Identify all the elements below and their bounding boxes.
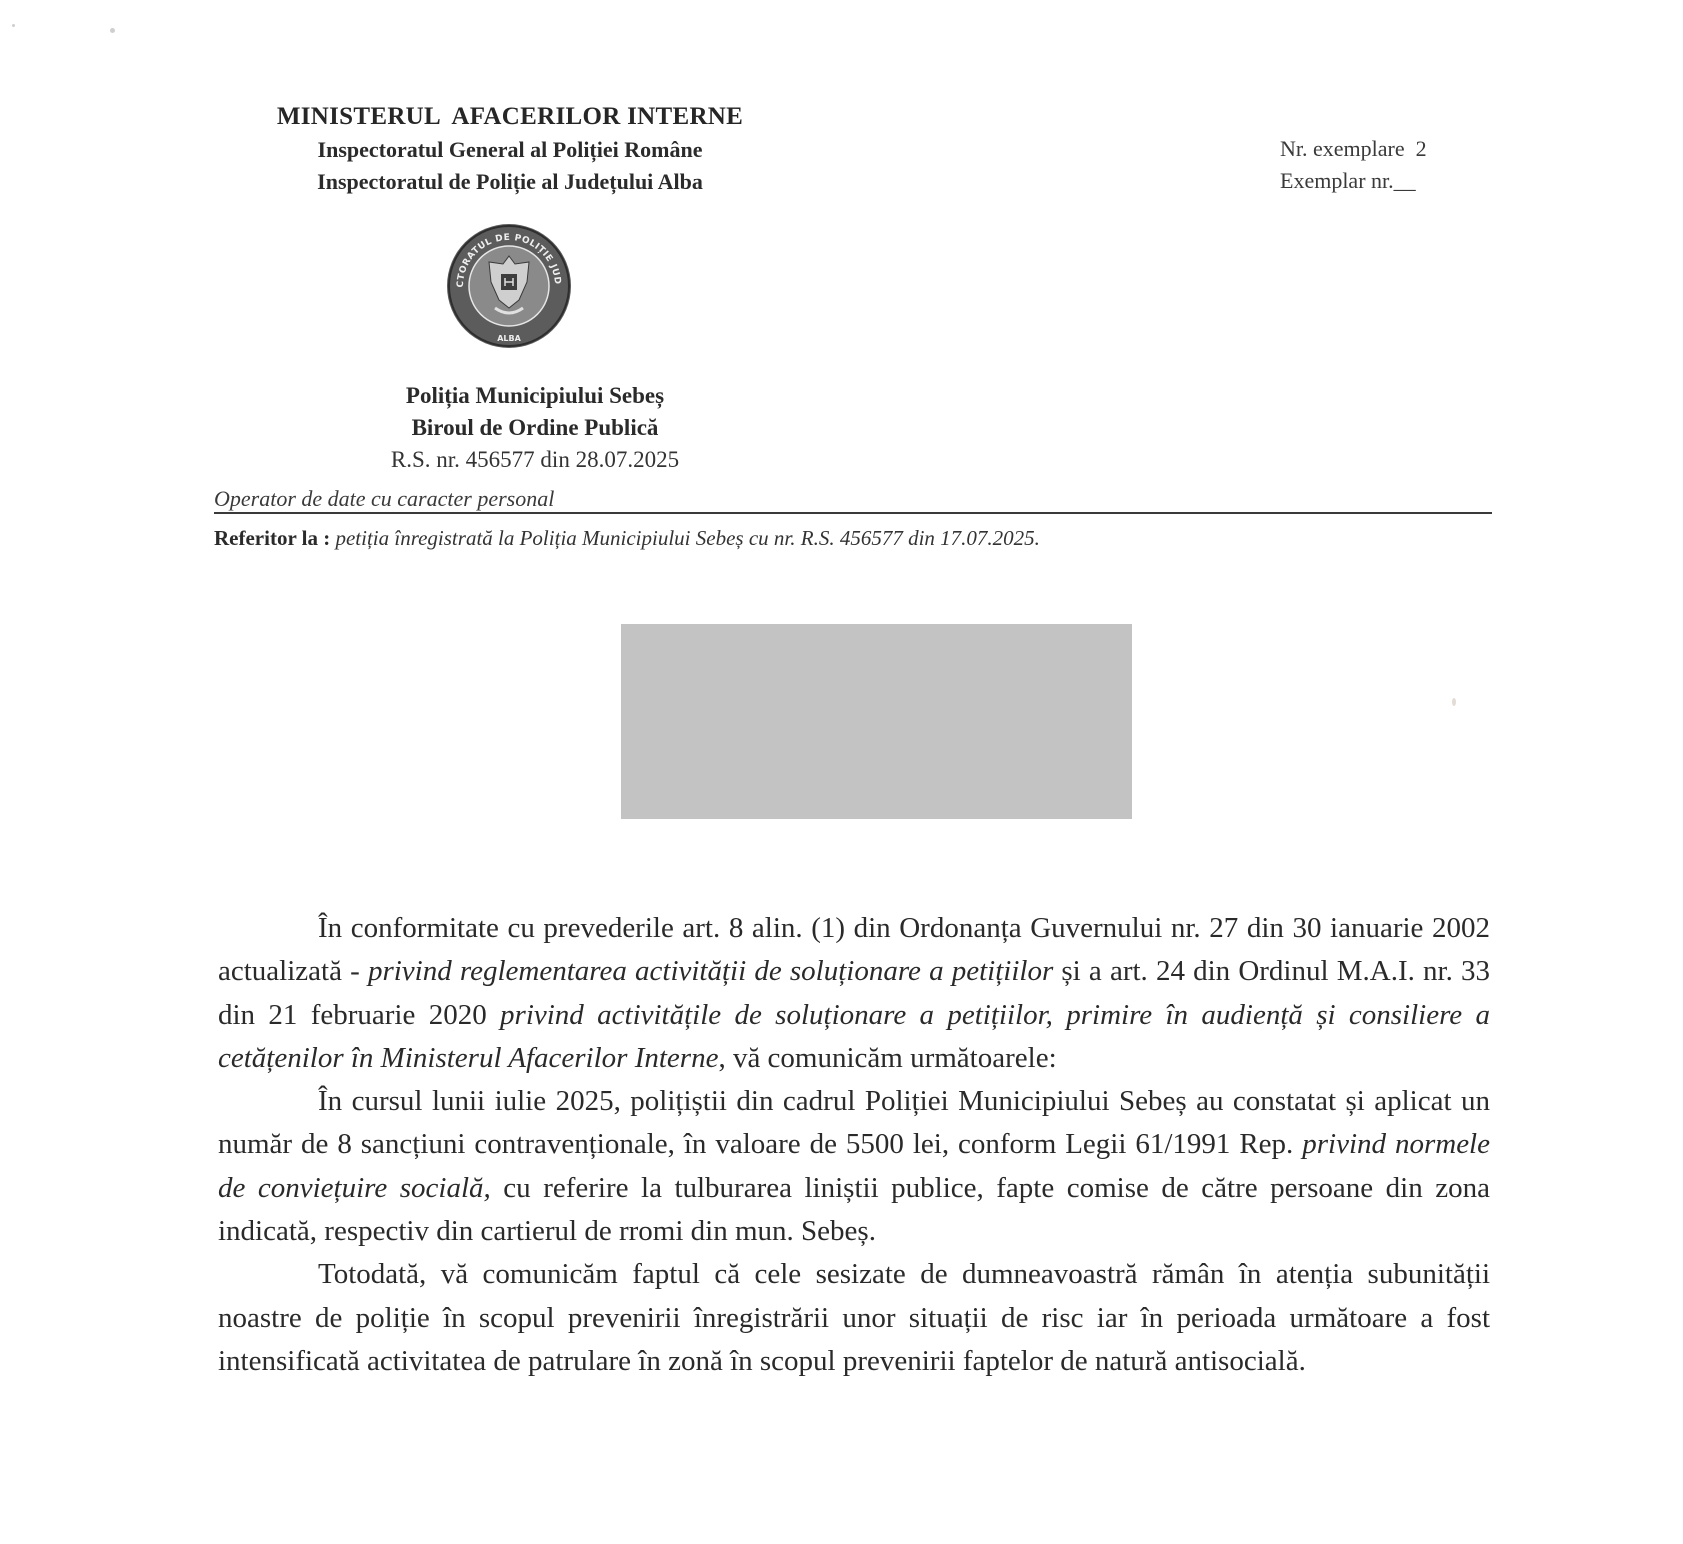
scan-speck — [110, 28, 115, 33]
scan-speck — [1452, 698, 1456, 706]
scan-speck — [12, 24, 15, 27]
text-run: , vă comunicăm următoarele: — [718, 1042, 1056, 1074]
issuing-unit: Poliția Municipiului Sebeș Biroul de Ord… — [200, 380, 870, 476]
reference-label: Referitor la : — [214, 526, 330, 550]
police-seal-icon: INSPECTORATUL DE POLIȚIE JUDEȚEAN ALBA — [445, 222, 573, 350]
copy-info: Nr. exemplare 2 Exemplar nr.__ — [1280, 133, 1540, 197]
text-run: În cursul lunii iulie 2025, polițiștii d… — [218, 1085, 1490, 1160]
office-name: Biroul de Ordine Publică — [200, 412, 870, 444]
paragraph-sanctions: În cursul lunii iulie 2025, polițiștii d… — [218, 1080, 1490, 1253]
paragraph-legal-basis: În conformitate cu prevederile art. 8 al… — [218, 907, 1490, 1080]
county-inspectorate-name: Inspectoratul de Poliție al Județului Al… — [240, 166, 780, 198]
paragraph-followup: Totodată, vă comunicăm faptul că cele se… — [218, 1253, 1490, 1383]
reference-line: Referitor la : petiția înregistrată la P… — [214, 526, 1040, 551]
registration-number: R.S. nr. 456577 din 28.07.2025 — [200, 444, 870, 476]
unit-name: Poliția Municipiului Sebeș — [200, 380, 870, 412]
letter-body: În conformitate cu prevederile art. 8 al… — [218, 907, 1490, 1383]
copy-number: Exemplar nr.__ — [1280, 165, 1540, 197]
data-operator-note: Operator de date cu caracter personal — [214, 486, 554, 512]
svg-text:ALBA: ALBA — [497, 334, 521, 343]
issuer-header: MINISTERUL AFACERILOR INTERNE Inspectora… — [240, 100, 780, 198]
copies-count: Nr. exemplare 2 — [1280, 133, 1540, 165]
header-divider — [214, 512, 1492, 514]
reference-text: petiția înregistrată la Poliția Municipi… — [330, 526, 1040, 550]
ministry-name: MINISTERUL AFACERILOR INTERNE — [240, 100, 780, 134]
general-inspectorate-name: Inspectoratul General al Poliției Române — [240, 134, 780, 166]
redacted-addressee-block — [621, 624, 1132, 819]
ordinance-title: privind reglementarea activității de sol… — [368, 955, 1053, 987]
